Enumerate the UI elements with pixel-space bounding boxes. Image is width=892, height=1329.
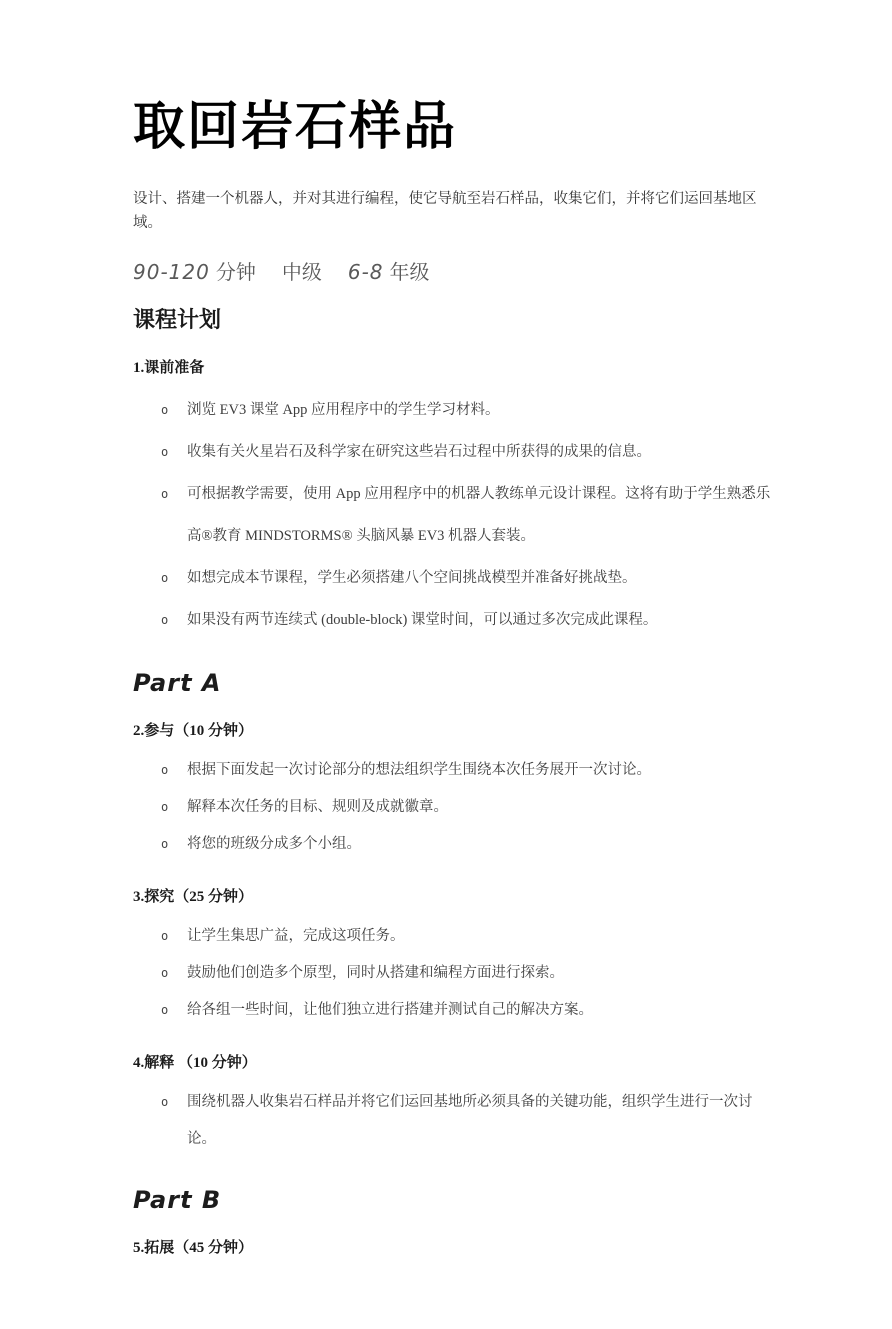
grade-value: 6-8 (348, 260, 384, 284)
preparation-list: o浏览 EV3 课堂 App 应用程序中的学生学习材料。 o收集有关火星岩石及科… (133, 389, 776, 641)
list-item-text: 让学生集思广益，完成这项任务。 (187, 918, 776, 955)
bullet-marker: o (161, 557, 187, 599)
bullet-marker: o (161, 431, 187, 473)
grade-unit: 年级 (390, 262, 430, 284)
list-item-text: 浏览 EV3 课堂 App 应用程序中的学生学习材料。 (187, 389, 776, 431)
list-item: o根据下面发起一次讨论部分的想法组织学生围绕本次任务展开一次讨论。 (161, 752, 776, 789)
list-item-text: 将您的班级分成多个小组。 (187, 826, 776, 863)
bullet-marker: o (161, 918, 187, 955)
bullet-marker: o (161, 992, 187, 1029)
lesson-plan-heading: 课程计划 (133, 303, 776, 334)
duration-unit: 分钟 (216, 262, 256, 284)
list-item: o如想完成本节课程，学生必须搭建八个空间挑战模型并准备好挑战垫。 (161, 557, 776, 599)
page-title: 取回岩石样品 (133, 98, 776, 158)
list-item-text: 围绕机器人收集岩石样品并将它们运回基地所必须具备的关键功能，组织学生进行一次讨论… (187, 1084, 776, 1158)
engage-list: o根据下面发起一次讨论部分的想法组织学生围绕本次任务展开一次讨论。 o解释本次任… (133, 752, 776, 863)
list-item-text: 给各组一些时间，让他们独立进行搭建并测试自己的解决方案。 (187, 992, 776, 1029)
level-label: 中级 (282, 262, 322, 284)
list-item-text: 鼓励他们创造多个原型，同时从搭建和编程方面进行探索。 (187, 955, 776, 992)
section-heading-engage: 2.参与（10 分钟） (133, 719, 776, 740)
section-heading-explore: 3.探究（25 分钟） (133, 885, 776, 906)
bullet-marker: o (161, 1084, 187, 1121)
list-item-text: 可根据教学需要，使用 App 应用程序中的机器人教练单元设计课程。这将有助于学生… (187, 473, 776, 557)
document-page: 取回岩石样品 设计、搭建一个机器人，并对其进行编程，使它导航至岩石样品，收集它们… (0, 0, 892, 1329)
list-item-text: 解释本次任务的目标、规则及成就徽章。 (187, 789, 776, 826)
list-item: o围绕机器人收集岩石样品并将它们运回基地所必须具备的关键功能，组织学生进行一次讨… (161, 1084, 776, 1158)
duration-value: 90-120 (133, 260, 210, 284)
list-item: o可根据教学需要，使用 App 应用程序中的机器人教练单元设计课程。这将有助于学… (161, 473, 776, 557)
list-item-text: 根据下面发起一次讨论部分的想法组织学生围绕本次任务展开一次讨论。 (187, 752, 776, 789)
bullet-marker: o (161, 789, 187, 826)
list-item: o让学生集思广益，完成这项任务。 (161, 918, 776, 955)
section-heading-preparation: 1.课前准备 (133, 356, 776, 377)
meta-line: 90-120分钟中级6-8年级 (133, 256, 776, 285)
list-item-text: 收集有关火星岩石及科学家在研究这些岩石过程中所获得的成果的信息。 (187, 431, 776, 473)
list-item: o解释本次任务的目标、规则及成就徽章。 (161, 789, 776, 826)
bullet-marker: o (161, 752, 187, 789)
section-heading-elaborate: 5.拓展（45 分钟） (133, 1236, 776, 1257)
bullet-marker: o (161, 389, 187, 431)
bullet-marker: o (161, 473, 187, 515)
list-item: o鼓励他们创造多个原型，同时从搭建和编程方面进行探索。 (161, 955, 776, 992)
intro-paragraph: 设计、搭建一个机器人，并对其进行编程，使它导航至岩石样品，收集它们，并将它们运回… (133, 188, 776, 236)
section-heading-explain: 4.解释 （10 分钟） (133, 1051, 776, 1072)
bullet-marker: o (161, 955, 187, 992)
list-item: o收集有关火星岩石及科学家在研究这些岩石过程中所获得的成果的信息。 (161, 431, 776, 473)
explore-list: o让学生集思广益，完成这项任务。 o鼓励他们创造多个原型，同时从搭建和编程方面进… (133, 918, 776, 1029)
list-item: o浏览 EV3 课堂 App 应用程序中的学生学习材料。 (161, 389, 776, 431)
part-b-heading: Part B (133, 1186, 776, 1214)
list-item-text: 如想完成本节课程，学生必须搭建八个空间挑战模型并准备好挑战垫。 (187, 557, 776, 599)
explain-list: o围绕机器人收集岩石样品并将它们运回基地所必须具备的关键功能，组织学生进行一次讨… (133, 1084, 776, 1158)
list-item: o给各组一些时间，让他们独立进行搭建并测试自己的解决方案。 (161, 992, 776, 1029)
bullet-marker: o (161, 826, 187, 863)
part-a-heading: Part A (133, 669, 776, 697)
list-item: o如果没有两节连续式 (double-block) 课堂时间，可以通过多次完成此… (161, 599, 776, 641)
bullet-marker: o (161, 599, 187, 641)
list-item-text: 如果没有两节连续式 (double-block) 课堂时间，可以通过多次完成此课… (187, 599, 776, 641)
list-item: o将您的班级分成多个小组。 (161, 826, 776, 863)
